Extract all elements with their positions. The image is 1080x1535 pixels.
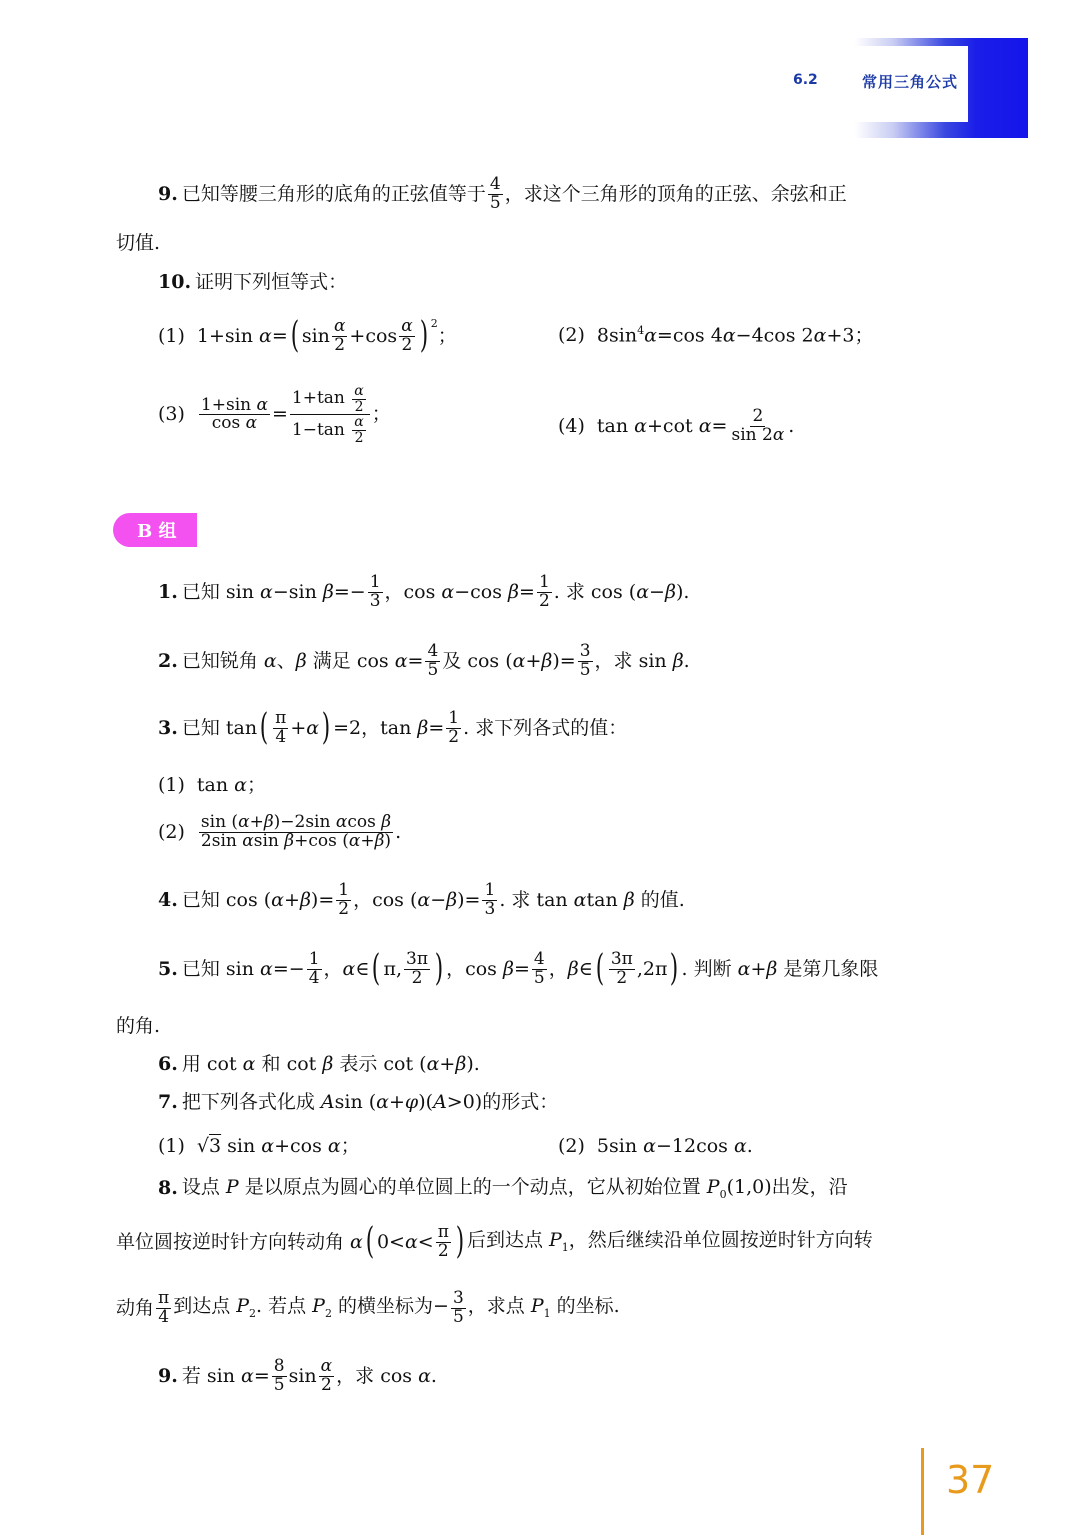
question-b2: 2. 已知锐角 α、β 满足 cos α= 45 及 cos (α+β)= 35…	[158, 643, 690, 680]
q10-item-4: (4) tan α+cot α= 2sin 2α.	[558, 408, 794, 445]
q-b7-item-2: (2) 5sin α−12cos α.	[558, 1137, 753, 1156]
question-a9: 9. 已知等腰三角形的底角的正弦值等于 45 ，求这个三角形的顶角的正弦、余弦和…	[158, 176, 847, 213]
question-b3: 3. 已知 tan( π4+α )=2，tan β= 12 . 求下列各式的值：	[158, 710, 627, 747]
q10-item-3: (3) 1+sin αcos α = 1+tan α2 1−tan α2 ；	[158, 384, 391, 446]
question-b8-line2: 单位圆按逆时针方向转动角 α( 0<α<π2 )后到达点 P1，然后继续沿单位圆…	[116, 1224, 873, 1261]
q-b7-item-1: (1) √3 sin α+cos α；	[158, 1137, 360, 1156]
question-b4: 4. 已知 cos (α+β)= 12 ，cos (α−β)= 13 . 求 t…	[158, 882, 685, 919]
q10-item-2: (2) 8sin4α=cos 4α−4cos 2α+3；	[558, 325, 873, 345]
question-b8: 8. 设点 P 是以原点为圆心的单位圆上的一个动点，它从初始位置 P0(1,0)…	[158, 1178, 848, 1200]
page-number: 37	[946, 1458, 994, 1502]
question-b5: 5. 已知 sin α=− 14 ，α∈(π, 3π2) ，cos β= 45 …	[158, 951, 878, 988]
question-b6: 6. 用 cot α 和 cot β 表示 cot (α+β).	[158, 1055, 480, 1074]
section-number: 6.2	[793, 72, 818, 88]
question-b8-line3: 动角π4 到达点 P2. 若点 P2 的横坐标为− 35 ，求点 P1 的坐标.	[116, 1290, 620, 1327]
section-title: 常用三角公式	[862, 71, 958, 92]
q10-item-1: (1) 1+sin α=( sinα2 +cosα2 )2；	[158, 318, 457, 355]
question-a9-wrap: 切值.	[116, 234, 160, 253]
q-b3-item-2: (2) sin (α+β)−2sin αcos β2sin αsin β+cos…	[158, 814, 401, 851]
question-b7: 7. 把下列各式化成 Asin (α+φ)(A>0)的形式：	[158, 1093, 558, 1112]
page-number-rule	[921, 1448, 924, 1535]
question-a10: 10. 证明下列恒等式：	[158, 273, 347, 292]
fraction: 45	[488, 176, 503, 213]
group-b-badge: B 组	[113, 513, 197, 547]
question-b9: 9. 若 sin α= 85 sinα2 ，求 cos α.	[158, 1358, 437, 1395]
question-b5-wrap: 的角.	[116, 1017, 160, 1036]
question-b1: 1. 已知 sin α−sin β=− 13 ，cos α−cos β= 12 …	[158, 574, 689, 611]
q-b3-item-1: (1) tan α；	[158, 776, 266, 795]
